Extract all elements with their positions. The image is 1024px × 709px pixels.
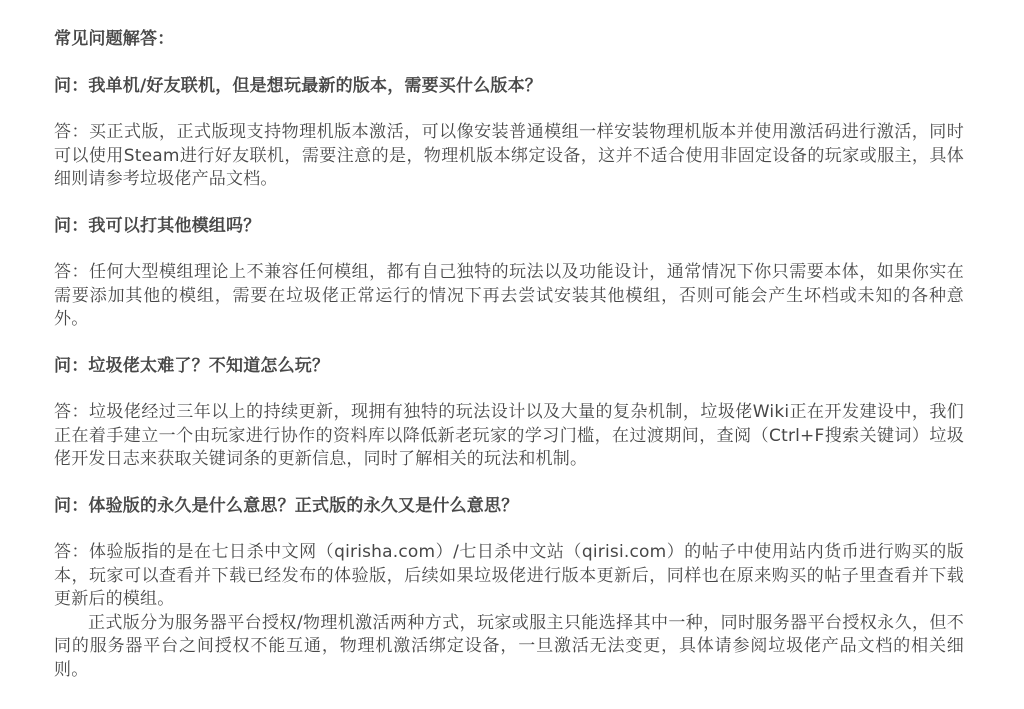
answer-paragraph: 答：垃圾佬经过三年以上的持续更新，现拥有独特的玩法设计以及大量的复杂机制，垃圾佬… xyxy=(54,401,964,472)
faq-answer-2: 答：任何大型模组理论上不兼容任何模组，都有自己独特的玩法以及功能设计，通常情况下… xyxy=(54,261,964,332)
faq-question-4: 问：体验版的永久是什么意思？正式版的永久又是什么意思？ xyxy=(54,495,964,519)
faq-question-2: 问：我可以打其他模组吗？ xyxy=(54,215,964,239)
faq-answer-1: 答：买正式版，正式版现支持物理机版本激活，可以像安装普通模组一样安装物理机版本并… xyxy=(54,121,964,192)
faq-answer-4: 答：体验版指的是在七日杀中文网（qirisha.com）/七日杀中文站（qiri… xyxy=(54,541,964,682)
faq-document: 常见问题解答： 问：我单机/好友联机，但是想玩最新的版本，需要买什么版本？ 答：… xyxy=(54,28,964,705)
answer-paragraph: 答：买正式版，正式版现支持物理机版本激活，可以像安装普通模组一样安装物理机版本并… xyxy=(54,121,964,192)
faq-answer-3: 答：垃圾佬经过三年以上的持续更新，现拥有独特的玩法设计以及大量的复杂机制，垃圾佬… xyxy=(54,401,964,472)
answer-paragraph-indented: 正式版分为服务器平台授权/物理机激活两种方式，玩家或服主只能选择其中一种，同时服… xyxy=(54,612,964,683)
faq-heading: 常见问题解答： xyxy=(54,28,964,52)
answer-paragraph: 答：任何大型模组理论上不兼容任何模组，都有自己独特的玩法以及功能设计，通常情况下… xyxy=(54,261,964,332)
faq-question-1: 问：我单机/好友联机，但是想玩最新的版本，需要买什么版本？ xyxy=(54,75,964,99)
faq-question-3: 问：垃圾佬太难了？不知道怎么玩？ xyxy=(54,355,964,379)
answer-paragraph: 答：体验版指的是在七日杀中文网（qirisha.com）/七日杀中文站（qiri… xyxy=(54,541,964,612)
